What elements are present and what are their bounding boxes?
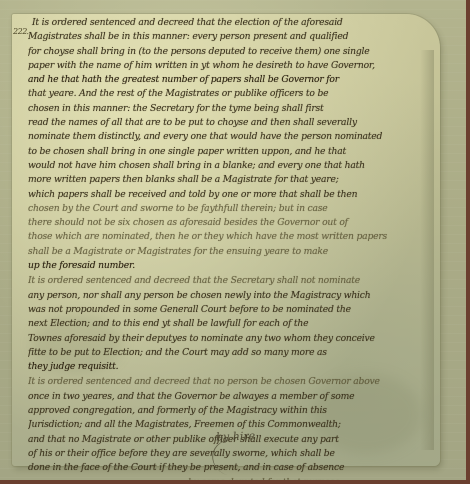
text-line: next Election; and to this end yt shall … [28,317,428,331]
paragraph-1: It is ordered sentenced and decreed that… [28,16,428,273]
text-line: chosen in this manner: the Secretary for… [28,102,428,116]
text-line: by some deputed for that purpose. [28,476,428,484]
folio-number: 222. [12,27,29,36]
text-line: there should not be six chosen as afores… [28,216,428,230]
text-line: would not have him chosen shall bring in… [28,159,428,173]
text-line: Townes aforesaid by their deputyes to no… [28,332,428,346]
text-line: was not propounded in some Generall Cour… [28,303,428,317]
photo-frame: 222. It is ordered sentenced and decreed… [0,0,470,484]
text-line: It is ordered sentenced and decreed that… [28,375,428,389]
text-line: which papers shall be received and told … [28,188,428,202]
text-line: It is ordered sentenced and decreed that… [28,16,428,30]
text-line: fitte to be put to Election; and the Cou… [28,346,428,360]
text-line: once in two yeares, and that the Governo… [28,390,428,404]
text-line: for choyse shall bring in (to the person… [28,45,428,59]
text-line: read the names of all that are to be put… [28,116,428,130]
paragraph-2: It is ordered sentenced and decreed that… [28,274,428,374]
text-line: those which are nominated, then he or th… [28,230,428,244]
text-line: up the foresaid number. [28,259,428,273]
text-line: and he that hath the greatest number of … [28,73,428,87]
signature: by hire [216,429,256,443]
text-line: Magistrates shall be in this manner: eve… [28,30,428,44]
text-line: approved congregation, and formerly of t… [28,404,428,418]
text-line: they judge requisitt. [28,360,428,374]
text-line: chosen by the Court and sworne to be fay… [28,202,428,216]
text-line: nominate them distinctly, and every one … [28,130,428,144]
text-line: shall be a Magistrate or Magistrates for… [28,245,428,259]
manuscript-text: It is ordered sentenced and decreed that… [28,16,428,484]
text-line: It is ordered sentenced and decreed that… [28,274,428,288]
text-line: any person, nor shall any person be chos… [28,289,428,303]
text-line: that yeare. And the rest of the Magistra… [28,87,428,101]
text-line: more written papers then blanks shall be… [28,173,428,187]
text-line: to be chosen shall bring in one single p… [28,145,428,159]
text-line: paper with the name of him written in yt… [28,59,428,73]
